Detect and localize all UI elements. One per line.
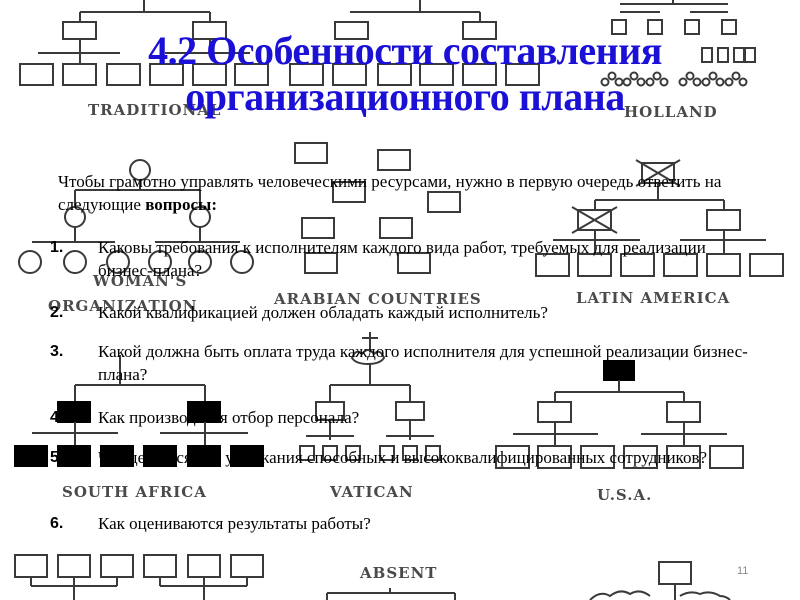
question-text: Как производится отбор персонала? [98, 406, 748, 429]
diagram-arabian-countries: ARABIAN COUNTRIES [273, 143, 482, 308]
svg-text:U.S.A.: U.S.A. [597, 486, 652, 504]
question-number: 2. [50, 301, 90, 324]
slide-title: 4.2 Особенности составления организацион… [60, 28, 750, 120]
slide: TRADITIONAL [0, 0, 800, 600]
diagram-absent: ABSENT [327, 564, 455, 600]
question-number: 6. [50, 512, 90, 535]
question-text: Какой должна быть оплата труда каждого и… [98, 340, 748, 386]
question-text: Что делается для удержания способных и в… [98, 446, 748, 469]
svg-text:SOUTH AFRICA: SOUTH AFRICA [62, 483, 207, 501]
question-text: Как оцениваются результаты работы? [98, 512, 748, 535]
question-number: 4. [50, 406, 90, 429]
page-number: 11 [737, 565, 748, 577]
intro-paragraph: Чтобы грамотно управлять человеческими р… [58, 170, 758, 216]
slide-title-line-1: 4.2 Особенности составления [60, 28, 750, 74]
diagram-bottom-right [590, 562, 730, 600]
diagram-bottom-left [15, 555, 263, 600]
question-text: Какой квалификацией должен обладать кажд… [98, 301, 748, 324]
slide-title-line-2: организационного плана [60, 74, 750, 120]
question-number: 1. [50, 236, 90, 259]
question-number: 3. [50, 340, 90, 363]
svg-text:ABSENT: ABSENT [359, 564, 437, 582]
question-number: 5. [50, 446, 90, 469]
svg-text:VATICAN: VATICAN [329, 483, 414, 501]
question-text: Каковы требования к исполнителям каждого… [98, 236, 748, 282]
intro-bold-text: вопросы: [145, 195, 217, 214]
